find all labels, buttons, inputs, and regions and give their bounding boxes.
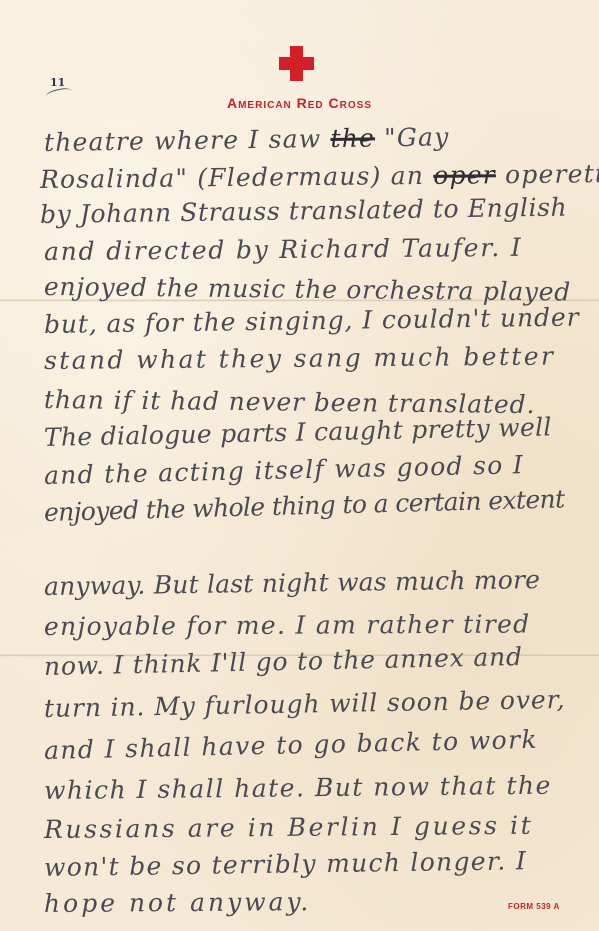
letter-line: enjoyable for me. I am rather tired bbox=[44, 609, 531, 641]
letter-line: won't be so terribly much longer. I bbox=[44, 846, 527, 882]
red-cross-icon bbox=[279, 46, 314, 81]
letter-line: and I shall have to go back to work bbox=[44, 725, 539, 765]
letter-line: Russians are in Berlin I guess it bbox=[44, 811, 534, 844]
letter-line: turn in. My furlough will soon be over, bbox=[44, 685, 566, 723]
struck-text: oper bbox=[433, 160, 496, 190]
letter-line: enjoyed the music the orchestra played bbox=[44, 272, 571, 307]
form-number: FORM 539 A bbox=[508, 902, 560, 911]
letter-line: now. I think I'll go to the annex and bbox=[44, 642, 523, 681]
letter-line: Rosalinda" (Fledermaus) an oper operetta bbox=[40, 159, 599, 194]
letter-line: but, as for the singing, I couldn't unde… bbox=[44, 303, 580, 339]
letter-line: The dialogue parts I caught pretty well bbox=[44, 412, 552, 452]
letter-line: enjoyed the whole thing to a certain ext… bbox=[44, 484, 565, 527]
letter-line: which I shall hate. But now that the bbox=[44, 771, 552, 805]
letter-line: by Johann Strauss translated to English bbox=[40, 193, 568, 229]
letterhead-title: American Red Cross bbox=[0, 95, 599, 111]
letter-line: hope not anyway. bbox=[44, 887, 311, 918]
letter-line: stand what they sang much better bbox=[44, 342, 556, 375]
page-number: 11 bbox=[50, 76, 65, 89]
struck-text: the bbox=[330, 123, 375, 153]
letter-line: and the acting itself was good so I bbox=[44, 450, 525, 490]
letter-line: theatre where I saw the "Gay bbox=[44, 122, 450, 157]
letter-page: 11 American Red Cross theatre where I sa… bbox=[0, 0, 599, 931]
letter-line: anyway. But last night was much more bbox=[44, 565, 541, 601]
letter-line: and directed by Richard Taufer. I bbox=[44, 233, 523, 266]
